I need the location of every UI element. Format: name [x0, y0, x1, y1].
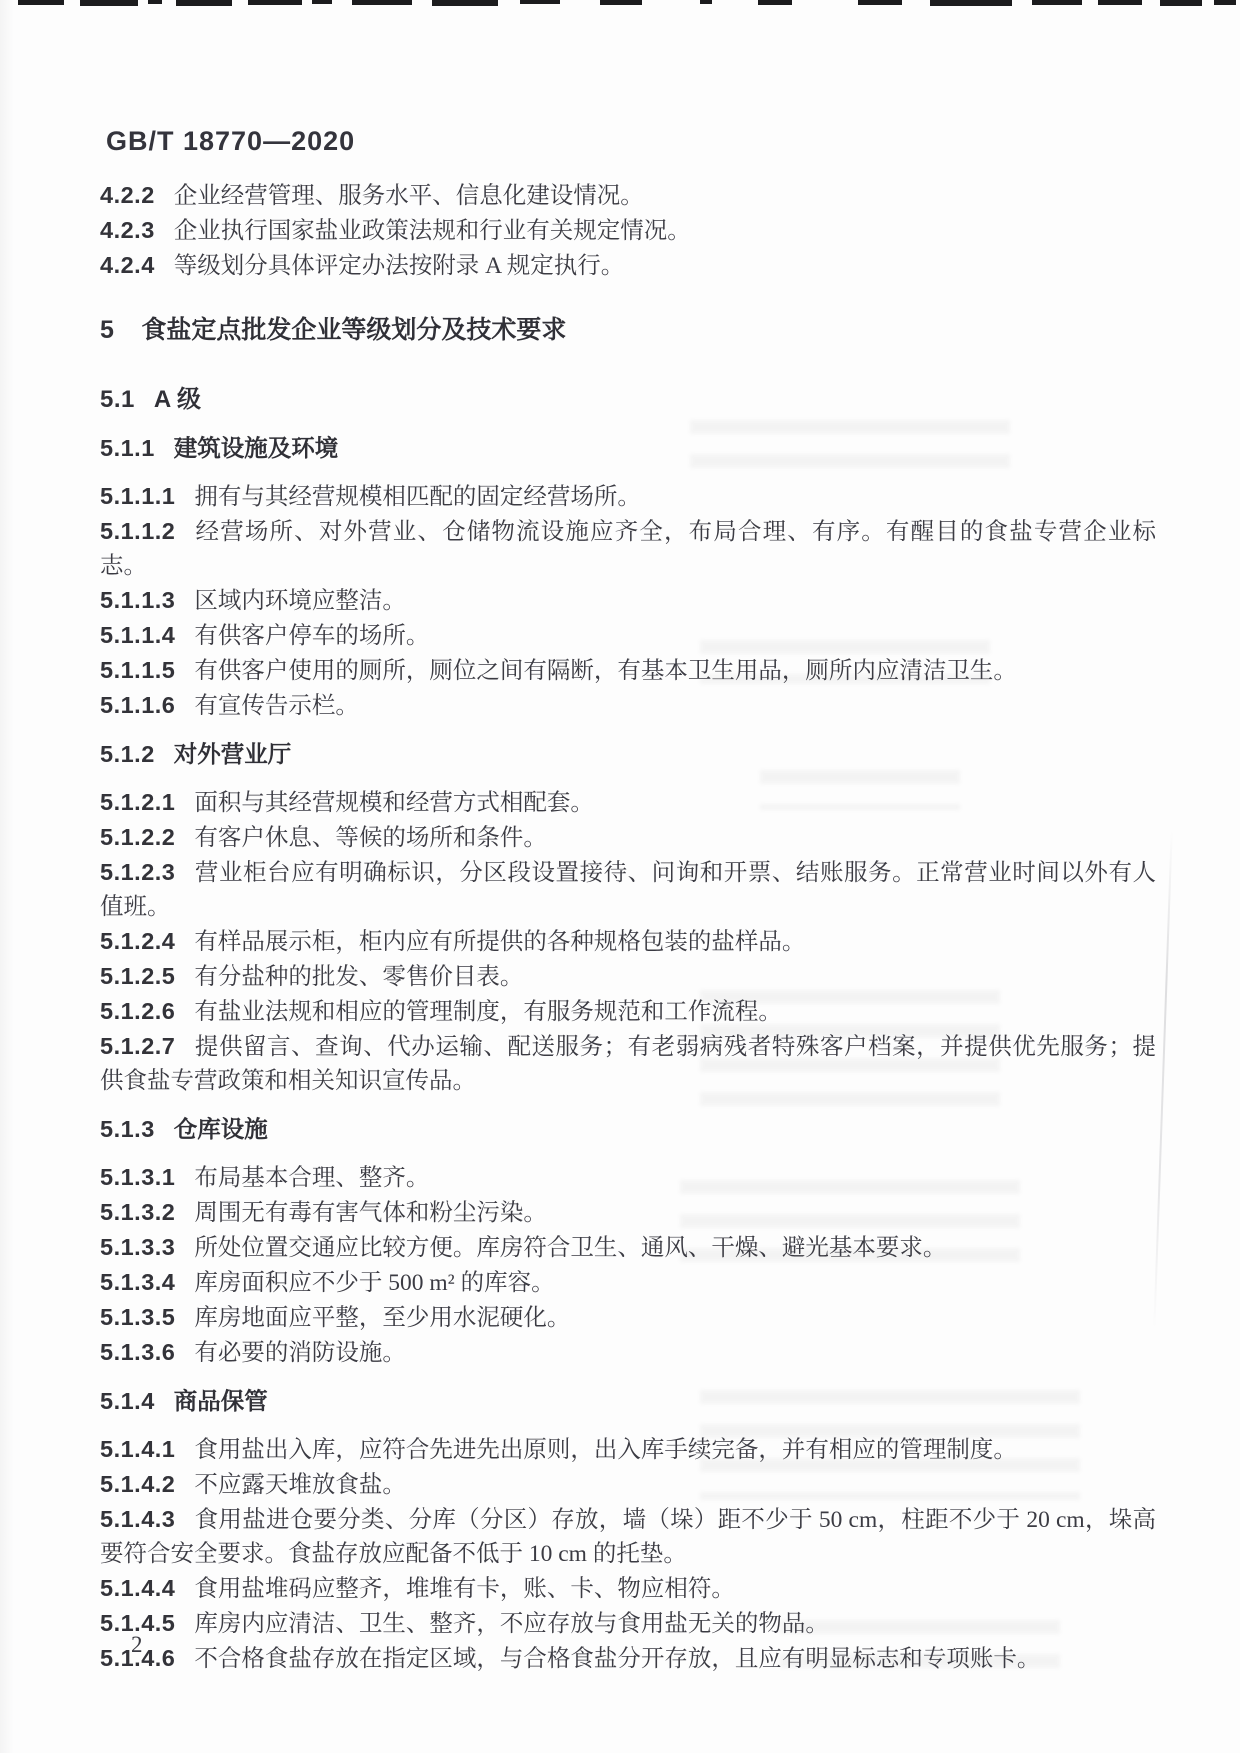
clause-text: 有分盐种的批发、零售价目表。	[194, 964, 523, 990]
clause-5.1.4.3: 5.1.4.3食用盐进仓要分类、分库（分区）存放，墙（垛）距不少于 50 cm，…	[100, 1502, 1156, 1571]
section-heading-5.1.1: 5.1.1建筑设施及环境	[100, 431, 1156, 465]
clause-5.1.4.5: 5.1.4.5库房内应清洁、卫生、整齐，不应存放与食用盐无关的物品。	[100, 1606, 1156, 1641]
clause-text: 食盐定点批发企业等级划分及技术要求	[141, 316, 566, 344]
clause-text: 提供留言、查询、代办运输、配送服务；有老弱病残者特殊客户档案，并提供优先服务；提…	[100, 1034, 1156, 1094]
clause-5.1.3.6: 5.1.3.6有必要的消防设施。	[100, 1335, 1156, 1370]
scan-artifact-top-edge	[0, 0, 1240, 8]
clause-5.1.1.4: 5.1.1.4有供客户停车的场所。	[100, 618, 1156, 653]
clause-number: 5.1.3.3	[100, 1234, 175, 1260]
clause-4.2.2: 4.2.2企业经营管理、服务水平、信息化建设情况。	[100, 178, 1156, 213]
clause-5.1.4.1: 5.1.4.1食用盐出入库，应符合先进先出原则，出入库手续完备，并有相应的管理制…	[100, 1432, 1156, 1467]
clause-number: 5.1.2.2	[100, 824, 175, 850]
clause-text: 食用盐堆码应整齐，堆堆有卡，账、卡、物应相符。	[194, 1576, 735, 1602]
clause-5.1.2.5: 5.1.2.5有分盐种的批发、零售价目表。	[100, 959, 1156, 994]
clause-text: 拥有与其经营规模相匹配的固定经营场所。	[194, 484, 641, 510]
clause-5.1.1.5: 5.1.1.5有供客户使用的厕所，厕位之间有隔断，有基本卫生用品，厕所内应清洁卫…	[100, 653, 1156, 688]
clause-5.1.2.4: 5.1.2.4有样品展示柜，柜内应有所提供的各种规格包装的盐样品。	[100, 924, 1156, 959]
clause-number: 5	[100, 316, 114, 344]
clause-text: 企业经营管理、服务水平、信息化建设情况。	[174, 183, 644, 209]
clause-text: 不应露天堆放食盐。	[194, 1472, 406, 1498]
clause-number: 5.1.2.6	[100, 998, 175, 1024]
clause-5.1.3.3: 5.1.3.3所处位置交通应比较方便。库房符合卫生、通风、干燥、避光基本要求。	[100, 1230, 1156, 1265]
clause-5.1.1.3: 5.1.1.3区域内环境应整洁。	[100, 583, 1156, 618]
clause-number: 5.1.2.7	[100, 1033, 175, 1059]
section-heading-5: 5食盐定点批发企业等级划分及技术要求	[100, 313, 1156, 347]
clause-5.1.3.1: 5.1.3.1布局基本合理、整齐。	[100, 1160, 1156, 1195]
scanned-document-page: GB/T 18770—2020 4.2.2企业经营管理、服务水平、信息化建设情况…	[0, 0, 1240, 1753]
section-heading-5.1.2: 5.1.2对外营业厅	[100, 737, 1156, 771]
clause-number: 5.1.2	[100, 741, 155, 767]
clause-5.1.4.2: 5.1.4.2不应露天堆放食盐。	[100, 1467, 1156, 1502]
clause-text: 有必要的消防设施。	[194, 1340, 406, 1366]
clause-5.1.3.2: 5.1.3.2周围无有毒有害气体和粉尘污染。	[100, 1195, 1156, 1230]
page-number: 2	[131, 1632, 143, 1658]
clause-number: 5.1.3.2	[100, 1199, 175, 1225]
section-heading-5.1.3: 5.1.3仓库设施	[100, 1112, 1156, 1146]
clause-number: 5.1.1.2	[100, 518, 175, 544]
clause-5.1.1.2: 5.1.1.2经营场所、对外营业、仓储物流设施应齐全，布局合理、有序。有醒目的食…	[100, 514, 1156, 583]
clause-text: 周围无有毒有害气体和粉尘污染。	[194, 1200, 547, 1226]
clause-number: 5.1.4	[100, 1388, 155, 1414]
clause-text: 不合格食盐存放在指定区域，与合格食盐分开存放，且应有明显标志和专项账卡。	[194, 1646, 1040, 1672]
clause-text: 食用盐进仓要分类、分库（分区）存放，墙（垛）距不少于 50 cm，柱距不少于 2…	[100, 1507, 1156, 1567]
clause-number: 4.2.2	[100, 182, 155, 208]
clause-5.1.3.4: 5.1.3.4库房面积应不少于 500 m² 的库容。	[100, 1265, 1156, 1300]
clause-number: 5.1.3.6	[100, 1339, 175, 1365]
clause-5.1.2.6: 5.1.2.6有盐业法规和相应的管理制度，有服务规范和工作流程。	[100, 994, 1156, 1029]
clause-text: 对外营业厅	[174, 741, 292, 767]
clause-text: 面积与其经营规模和经营方式相配套。	[194, 790, 594, 816]
clause-number: 5.1.2.4	[100, 928, 175, 954]
clause-number: 5.1.4.4	[100, 1575, 175, 1601]
clause-5.1.2.2: 5.1.2.2有客户休息、等候的场所和条件。	[100, 820, 1156, 855]
clause-number: 5.1.1.1	[100, 483, 175, 509]
section-heading-5.1: 5.1A 级	[100, 383, 1156, 417]
clause-number: 5.1.1.4	[100, 622, 175, 648]
clause-5.1.1.1: 5.1.1.1拥有与其经营规模相匹配的固定经营场所。	[100, 479, 1156, 514]
clause-text: 有供客户停车的场所。	[194, 623, 429, 649]
clause-text: 仓库设施	[174, 1116, 268, 1142]
clause-5.1.4.4: 5.1.4.4食用盐堆码应整齐，堆堆有卡，账、卡、物应相符。	[100, 1571, 1156, 1606]
clause-5.1.2.3: 5.1.2.3营业柜台应有明确标识，分区段设置接待、问询和开票、结账服务。正常营…	[100, 855, 1156, 924]
clause-text: 库房面积应不少于 500 m² 的库容。	[194, 1270, 554, 1296]
clause-text: 有盐业法规和相应的管理制度，有服务规范和工作流程。	[194, 999, 782, 1025]
clause-number: 5.1.3.5	[100, 1304, 175, 1330]
clause-number: 5.1.3	[100, 1116, 155, 1142]
clause-text: 区域内环境应整洁。	[194, 588, 406, 614]
clause-number: 5.1.2.3	[100, 859, 175, 885]
clause-number: 5.1.3.4	[100, 1269, 175, 1295]
clause-number: 5.1.1.3	[100, 587, 175, 613]
clause-number: 5.1.1.5	[100, 657, 175, 683]
clause-number: 5.1.2.1	[100, 789, 175, 815]
clause-text: 等级划分具体评定办法按附录 A 规定执行。	[174, 253, 624, 279]
clause-text: 企业执行国家盐业政策法规和行业有关规定情况。	[174, 218, 691, 244]
clause-text: 有供客户使用的厕所，厕位之间有隔断，有基本卫生用品，厕所内应清洁卫生。	[194, 658, 1017, 684]
clause-text: 库房地面应平整，至少用水泥硬化。	[194, 1305, 570, 1331]
clause-text: 布局基本合理、整齐。	[194, 1165, 429, 1191]
clause-4.2.3: 4.2.3企业执行国家盐业政策法规和行业有关规定情况。	[100, 213, 1156, 248]
clause-number: 5.1.4.3	[100, 1506, 175, 1532]
standard-code-header: GB/T 18770—2020	[106, 126, 355, 157]
clause-number: 5.1	[100, 386, 135, 413]
clause-4.2.4: 4.2.4等级划分具体评定办法按附录 A 规定执行。	[100, 248, 1156, 283]
clause-5.1.4.6: 5.1.4.6不合格食盐存放在指定区域，与合格食盐分开存放，且应有明显标志和专项…	[100, 1641, 1156, 1676]
clause-text: 有客户休息、等候的场所和条件。	[194, 825, 547, 851]
scan-shadow-left-edge	[0, 0, 14, 1753]
clause-text: 商品保管	[174, 1388, 268, 1414]
clause-text: 有宣传告示栏。	[194, 693, 359, 719]
clause-text: 营业柜台应有明确标识，分区段设置接待、问询和开票、结账服务。正常营业时间以外有人…	[100, 860, 1156, 920]
document-content: 4.2.2企业经营管理、服务水平、信息化建设情况。4.2.3企业执行国家盐业政策…	[100, 178, 1156, 1676]
clause-text: A 级	[154, 386, 201, 413]
clause-5.1.2.1: 5.1.2.1面积与其经营规模和经营方式相配套。	[100, 785, 1156, 820]
clause-text: 有样品展示柜，柜内应有所提供的各种规格包装的盐样品。	[194, 929, 805, 955]
paper-crease-line	[1153, 830, 1172, 1330]
clause-text: 库房内应清洁、卫生、整齐，不应存放与食用盐无关的物品。	[194, 1611, 829, 1637]
clause-5.1.1.6: 5.1.1.6有宣传告示栏。	[100, 688, 1156, 723]
clause-number: 4.2.3	[100, 217, 155, 243]
clause-number: 5.1.2.5	[100, 963, 175, 989]
clause-5.1.3.5: 5.1.3.5库房地面应平整，至少用水泥硬化。	[100, 1300, 1156, 1335]
section-heading-5.1.4: 5.1.4商品保管	[100, 1384, 1156, 1418]
clause-number: 5.1.4.1	[100, 1436, 175, 1462]
clause-number: 5.1.3.1	[100, 1164, 175, 1190]
clause-text: 食用盐出入库，应符合先进先出原则，出入库手续完备，并有相应的管理制度。	[194, 1437, 1017, 1463]
clause-text: 所处位置交通应比较方便。库房符合卫生、通风、干燥、避光基本要求。	[194, 1235, 946, 1261]
clause-text: 建筑设施及环境	[174, 435, 339, 461]
clause-text: 经营场所、对外营业、仓储物流设施应齐全，布局合理、有序。有醒目的食盐专营企业标志…	[100, 519, 1156, 579]
clause-number: 5.1.4.2	[100, 1471, 175, 1497]
clause-number: 5.1.1.6	[100, 692, 175, 718]
clause-5.1.2.7: 5.1.2.7提供留言、查询、代办运输、配送服务；有老弱病残者特殊客户档案，并提…	[100, 1029, 1156, 1098]
clause-number: 5.1.1	[100, 435, 155, 461]
clause-number: 4.2.4	[100, 252, 155, 278]
